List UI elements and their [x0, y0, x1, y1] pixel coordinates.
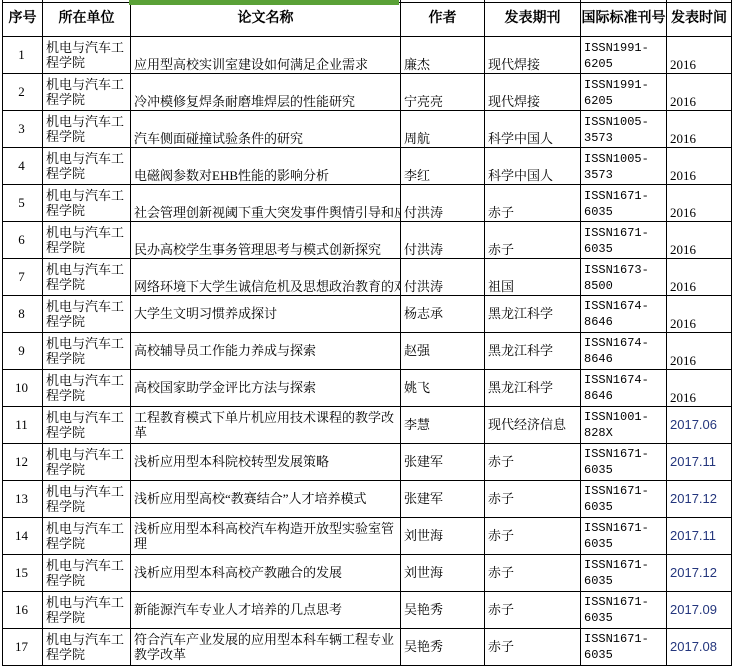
- cell-title[interactable]: 高校国家助学金评比方法与探索: [131, 369, 401, 406]
- cell-unit[interactable]: 机电与汽车工程学院: [43, 110, 131, 147]
- col-header-unit[interactable]: 所在单位: [43, 2, 131, 36]
- cell-unit[interactable]: 机电与汽车工程学院: [43, 517, 131, 554]
- cell-author[interactable]: 赵强: [401, 332, 485, 369]
- cell-date[interactable]: 2016: [667, 369, 732, 406]
- cell-journal[interactable]: 赤子: [485, 443, 581, 480]
- cell-date[interactable]: 2017.08: [667, 628, 732, 665]
- cell-author[interactable]: 廉杰: [401, 36, 485, 73]
- cell-index[interactable]: 5: [3, 184, 43, 221]
- cell-title[interactable]: 浅析应用型本科院校转型发展策略: [131, 443, 401, 480]
- cell-unit[interactable]: 机电与汽车工程学院: [43, 147, 131, 184]
- cell-index[interactable]: 12: [3, 443, 43, 480]
- cell-date[interactable]: 2017.12: [667, 480, 732, 517]
- cell-issn[interactable]: ISSN1673-8500: [581, 258, 667, 295]
- cell-journal[interactable]: 赤子: [485, 554, 581, 591]
- col-header-issn[interactable]: 国际标准刊号: [581, 2, 667, 36]
- cell-title[interactable]: 浅析应用型本科高校产教融合的发展: [131, 554, 401, 591]
- cell-issn[interactable]: ISSN1005-3573: [581, 147, 667, 184]
- cell-title[interactable]: 电磁阀参数对EHB性能的影响分析: [131, 147, 401, 184]
- cell-journal[interactable]: 赤子: [485, 591, 581, 628]
- cell-index[interactable]: 9: [3, 332, 43, 369]
- cell-issn[interactable]: ISSN1671-6035: [581, 628, 667, 665]
- cell-title[interactable]: 应用型高校实训室建设如何满足企业需求: [131, 36, 401, 73]
- cell-journal[interactable]: 黑龙江科学: [485, 332, 581, 369]
- cell-issn[interactable]: ISSN1671-6035: [581, 591, 667, 628]
- cell-unit[interactable]: 机电与汽车工程学院: [43, 406, 131, 443]
- cell-issn[interactable]: ISSN1671-6035: [581, 517, 667, 554]
- cell-unit[interactable]: 机电与汽车工程学院: [43, 480, 131, 517]
- cell-unit[interactable]: 机电与汽车工程学院: [43, 369, 131, 406]
- cell-index[interactable]: 16: [3, 591, 43, 628]
- cell-unit[interactable]: 机电与汽车工程学院: [43, 443, 131, 480]
- cell-index[interactable]: 7: [3, 258, 43, 295]
- table-row: 16机电与汽车工程学院新能源汽车专业人才培养的几点思考吴艳秀赤子ISSN1671…: [3, 591, 732, 628]
- cell-title[interactable]: 浅析应用型高校“教赛结合”人才培养模式: [131, 480, 401, 517]
- cell-unit[interactable]: 机电与汽车工程学院: [43, 295, 131, 332]
- cell-author[interactable]: 吴艳秀: [401, 628, 485, 665]
- cell-title[interactable]: 冷冲模修复焊条耐磨堆焊层的性能研究: [131, 73, 401, 110]
- table-row: 15机电与汽车工程学院浅析应用型本科高校产教融合的发展刘世海赤子ISSN1671…: [3, 554, 732, 591]
- cell-index[interactable]: 15: [3, 554, 43, 591]
- cell-index[interactable]: 4: [3, 147, 43, 184]
- cell-journal[interactable]: 科学中国人: [485, 110, 581, 147]
- cell-index[interactable]: 17: [3, 628, 43, 665]
- cell-title[interactable]: 汽车侧面碰撞试验条件的研究: [131, 110, 401, 147]
- table-row: 11机电与汽车工程学院工程教育模式下单片机应用技术课程的教学改革李慧现代经济信息…: [3, 406, 732, 443]
- cell-index[interactable]: 1: [3, 36, 43, 73]
- cell-author[interactable]: 付洪涛: [401, 258, 485, 295]
- cell-date[interactable]: 2016: [667, 36, 732, 73]
- cell-title[interactable]: 社会管理创新视阈下重大突发事件舆情引导和应: [131, 184, 401, 221]
- cell-date[interactable]: 2017.09: [667, 591, 732, 628]
- cell-journal[interactable]: 黑龙江科学: [485, 295, 581, 332]
- cell-journal[interactable]: 现代经济信息: [485, 406, 581, 443]
- cell-unit[interactable]: 机电与汽车工程学院: [43, 591, 131, 628]
- cell-date[interactable]: 2016: [667, 110, 732, 147]
- cell-index[interactable]: 2: [3, 73, 43, 110]
- cell-index[interactable]: 3: [3, 110, 43, 147]
- cell-journal[interactable]: 赤子: [485, 517, 581, 554]
- cell-author[interactable]: 刘世海: [401, 517, 485, 554]
- cell-issn[interactable]: ISSN1671-6035: [581, 184, 667, 221]
- cell-title[interactable]: 大学生文明习惯养成探讨: [131, 295, 401, 332]
- table-row: 7机电与汽车工程学院网络环境下大学生诚信危机及思想政治教育的对付洪涛祖国ISSN…: [3, 258, 732, 295]
- cell-issn[interactable]: ISSN1674-8646: [581, 369, 667, 406]
- cell-date[interactable]: 2016: [667, 147, 732, 184]
- table-row: 5机电与汽车工程学院社会管理创新视阈下重大突发事件舆情引导和应付洪涛赤子ISSN…: [3, 184, 732, 221]
- cell-unit[interactable]: 机电与汽车工程学院: [43, 554, 131, 591]
- header-row: 序号所在单位论文名称作者发表期刊国际标准刊号发表时间: [3, 2, 732, 36]
- cell-date[interactable]: 2016: [667, 295, 732, 332]
- publications-table: 序号所在单位论文名称作者发表期刊国际标准刊号发表时间 1机电与汽车工程学院应用型…: [2, 0, 732, 666]
- cell-author[interactable]: 张建军: [401, 480, 485, 517]
- cell-unit[interactable]: 机电与汽车工程学院: [43, 628, 131, 665]
- table-row: 9机电与汽车工程学院高校辅导员工作能力养成与探索赵强黑龙江科学ISSN1674-…: [3, 332, 732, 369]
- cell-issn[interactable]: ISSN1671-6035: [581, 554, 667, 591]
- cell-index[interactable]: 8: [3, 295, 43, 332]
- table-row: 4机电与汽车工程学院电磁阀参数对EHB性能的影响分析李红科学中国人ISSN100…: [3, 147, 732, 184]
- table-body: 1机电与汽车工程学院应用型高校实训室建设如何满足企业需求廉杰现代焊接ISSN19…: [3, 36, 732, 665]
- cell-index[interactable]: 10: [3, 369, 43, 406]
- cell-author[interactable]: 吴艳秀: [401, 591, 485, 628]
- cell-author[interactable]: 刘世海: [401, 554, 485, 591]
- cell-issn[interactable]: ISSN1991-6205: [581, 73, 667, 110]
- cell-author[interactable]: 张建军: [401, 443, 485, 480]
- cell-index[interactable]: 14: [3, 517, 43, 554]
- cell-journal[interactable]: 赤子: [485, 628, 581, 665]
- cell-author[interactable]: 周航: [401, 110, 485, 147]
- cell-unit[interactable]: 机电与汽车工程学院: [43, 184, 131, 221]
- cell-unit[interactable]: 机电与汽车工程学院: [43, 221, 131, 258]
- cell-journal[interactable]: 祖国: [485, 258, 581, 295]
- cell-unit[interactable]: 机电与汽车工程学院: [43, 73, 131, 110]
- cell-issn[interactable]: ISSN1991-6205: [581, 36, 667, 73]
- cell-issn[interactable]: ISSN1674-8646: [581, 332, 667, 369]
- cell-unit[interactable]: 机电与汽车工程学院: [43, 332, 131, 369]
- col-header-title[interactable]: 论文名称: [131, 2, 401, 36]
- table-row: 13机电与汽车工程学院浅析应用型高校“教赛结合”人才培养模式张建军赤子ISSN1…: [3, 480, 732, 517]
- cell-issn[interactable]: ISSN1671-6035: [581, 221, 667, 258]
- cell-unit[interactable]: 机电与汽车工程学院: [43, 258, 131, 295]
- cell-issn[interactable]: ISSN1671-6035: [581, 443, 667, 480]
- cell-journal[interactable]: 现代焊接: [485, 73, 581, 110]
- cell-journal[interactable]: 科学中国人: [485, 147, 581, 184]
- cell-date[interactable]: 2016: [667, 73, 732, 110]
- cell-index[interactable]: 13: [3, 480, 43, 517]
- table-row: 3机电与汽车工程学院汽车侧面碰撞试验条件的研究周航科学中国人ISSN1005-3…: [3, 110, 732, 147]
- cell-date[interactable]: 2017.11: [667, 517, 732, 554]
- table-row: 1机电与汽车工程学院应用型高校实训室建设如何满足企业需求廉杰现代焊接ISSN19…: [3, 36, 732, 73]
- col-header-author[interactable]: 作者: [401, 2, 485, 36]
- cell-author[interactable]: 宁亮亮: [401, 73, 485, 110]
- cell-date[interactable]: 2016: [667, 221, 732, 258]
- col-header-journal[interactable]: 发表期刊: [485, 2, 581, 36]
- table-row: 14机电与汽车工程学院浅析应用型本科高校汽车构造开放型实验室管理刘世海赤子ISS…: [3, 517, 732, 554]
- cell-date[interactable]: 2016: [667, 184, 732, 221]
- table-row: 12机电与汽车工程学院浅析应用型本科院校转型发展策略张建军赤子ISSN1671-…: [3, 443, 732, 480]
- cell-issn[interactable]: ISSN1674-8646: [581, 295, 667, 332]
- cell-date[interactable]: 2017.06: [667, 406, 732, 443]
- cell-author[interactable]: 姚飞: [401, 369, 485, 406]
- cell-title[interactable]: 新能源汽车专业人才培养的几点思考: [131, 591, 401, 628]
- cell-index[interactable]: 6: [3, 221, 43, 258]
- cell-author[interactable]: 付洪涛: [401, 184, 485, 221]
- table-row: 10机电与汽车工程学院高校国家助学金评比方法与探索姚飞黑龙江科学ISSN1674…: [3, 369, 732, 406]
- cell-unit[interactable]: 机电与汽车工程学院: [43, 36, 131, 73]
- table-row: 17机电与汽车工程学院符合汽车产业发展的应用型本科车辆工程专业教学改革吴艳秀赤子…: [3, 628, 732, 665]
- cell-journal[interactable]: 赤子: [485, 184, 581, 221]
- cell-author[interactable]: 杨志承: [401, 295, 485, 332]
- cell-issn[interactable]: ISSN1005-3573: [581, 110, 667, 147]
- col-header-index[interactable]: 序号: [3, 2, 43, 36]
- table-row: 8机电与汽车工程学院大学生文明习惯养成探讨杨志承黑龙江科学ISSN1674-86…: [3, 295, 732, 332]
- cell-title[interactable]: 工程教育模式下单片机应用技术课程的教学改革: [131, 406, 401, 443]
- cell-issn[interactable]: ISSN1001-828X: [581, 406, 667, 443]
- cell-author[interactable]: 付洪涛: [401, 221, 485, 258]
- spreadsheet-view: 序号所在单位论文名称作者发表期刊国际标准刊号发表时间 1机电与汽车工程学院应用型…: [0, 0, 733, 669]
- cell-date[interactable]: 2016: [667, 258, 732, 295]
- cell-title[interactable]: 高校辅导员工作能力养成与探索: [131, 332, 401, 369]
- cell-journal[interactable]: 赤子: [485, 480, 581, 517]
- cell-author[interactable]: 李红: [401, 147, 485, 184]
- cell-journal[interactable]: 赤子: [485, 221, 581, 258]
- cell-title[interactable]: 浅析应用型本科高校汽车构造开放型实验室管理: [131, 517, 401, 554]
- cell-journal[interactable]: 黑龙江科学: [485, 369, 581, 406]
- cell-title[interactable]: 符合汽车产业发展的应用型本科车辆工程专业教学改革: [131, 628, 401, 665]
- table-row: 6机电与汽车工程学院民办高校学生事务管理思考与模式创新探究付洪涛赤子ISSN16…: [3, 221, 732, 258]
- cell-journal[interactable]: 现代焊接: [485, 36, 581, 73]
- cell-title[interactable]: 网络环境下大学生诚信危机及思想政治教育的对: [131, 258, 401, 295]
- cell-title[interactable]: 民办高校学生事务管理思考与模式创新探究: [131, 221, 401, 258]
- col-header-date[interactable]: 发表时间: [667, 2, 732, 36]
- cell-issn[interactable]: ISSN1671-6035: [581, 480, 667, 517]
- cell-index[interactable]: 11: [3, 406, 43, 443]
- column-selection-highlight: [129, 0, 399, 5]
- cell-date[interactable]: 2016: [667, 332, 732, 369]
- table-row: 2机电与汽车工程学院冷冲模修复焊条耐磨堆焊层的性能研究宁亮亮现代焊接ISSN19…: [3, 73, 732, 110]
- cell-date[interactable]: 2017.11: [667, 443, 732, 480]
- cell-author[interactable]: 李慧: [401, 406, 485, 443]
- cell-date[interactable]: 2017.12: [667, 554, 732, 591]
